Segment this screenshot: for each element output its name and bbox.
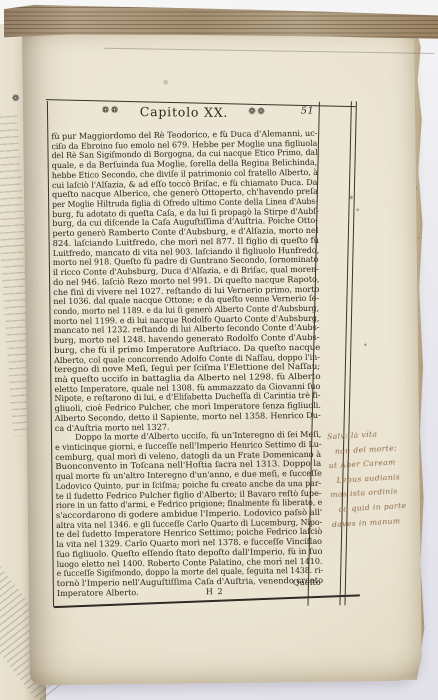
body-text: fù pur Maggiordomo del Rè Teodorico, e f… — [51, 129, 323, 589]
foxing-spot — [163, 80, 169, 85]
foxing-spot — [364, 343, 367, 346]
text-frame: ❁❁ Capitolo XX. ❁❁ 51 fù pur Maggiordomo… — [47, 98, 326, 607]
signature-mark: H 2 — [206, 587, 224, 597]
book-photo: ❁ ❁❁ Capitolo XX. ❁❁ 51 fù pur Maggiordo… — [0, 0, 438, 700]
handwritten-marginalia: Salv: là vitanon del morte;ut Aber Carea… — [327, 424, 438, 532]
last-text-line: Imperatore Alberto. — [57, 588, 139, 599]
book-page: ❁❁ Capitolo XX. ❁❁ 51 fù pur Maggiordomo… — [22, 25, 422, 686]
chapter-header: ❁❁ Capitolo XX. ❁❁ 51 — [48, 101, 320, 121]
foxing-spot — [356, 208, 359, 211]
catchword: Queſto — [293, 578, 321, 588]
paper-crease — [104, 48, 434, 54]
fleuron-ornament-right-icon: ❁❁ — [248, 107, 266, 117]
previous-page-ornament-icon: ❁ — [11, 94, 20, 105]
page-number: 51 — [301, 105, 314, 116]
chapter-title: Capitolo XX. — [140, 104, 229, 120]
fleuron-ornament-left-icon: ❁❁ — [102, 106, 120, 116]
